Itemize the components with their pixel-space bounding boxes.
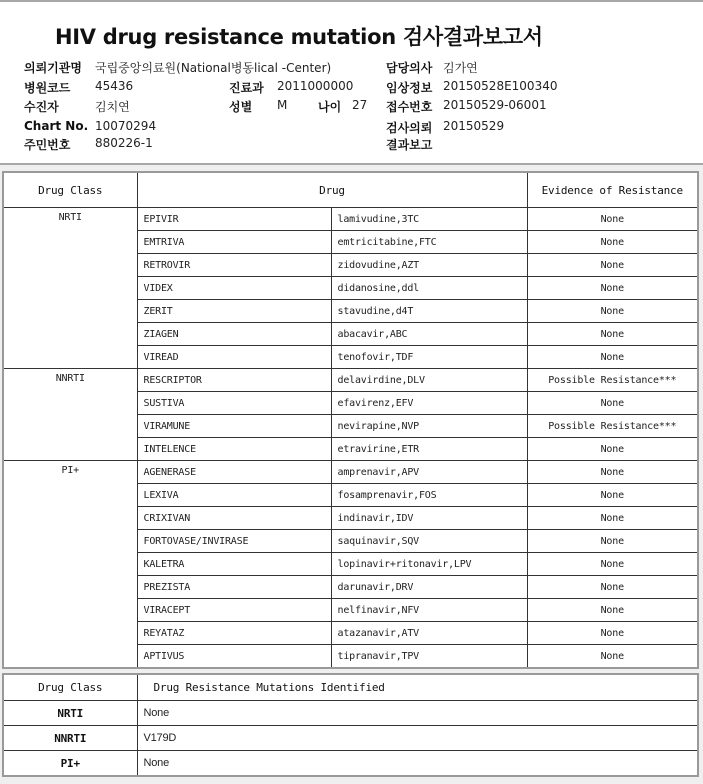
- chart-no-value: 10070294: [95, 119, 156, 133]
- generic-cell: nevirapine,NVP: [331, 415, 527, 438]
- evidence-cell: None: [527, 208, 698, 231]
- physician-value: 김가연: [443, 59, 478, 76]
- evidence-cell: None: [527, 622, 698, 645]
- receipt-no-label: 접수번호: [386, 98, 432, 115]
- department-label: 진료과: [229, 79, 264, 96]
- generic-cell: efavirenz,EFV: [331, 392, 527, 415]
- drug-class-cell: NRTI: [3, 208, 137, 369]
- generic-cell: indinavir,IDV: [331, 507, 527, 530]
- clinical-info-value: 20150528E100340: [443, 79, 557, 93]
- brand-cell: PREZISTA: [137, 576, 331, 599]
- generic-cell: etravirine,ETR: [331, 438, 527, 461]
- generic-cell: zidovudine,AZT: [331, 254, 527, 277]
- brand-cell: FORTOVASE/INVIRASE: [137, 530, 331, 553]
- evidence-cell: None: [527, 300, 698, 323]
- evidence-cell: Possible Resistance***: [527, 415, 698, 438]
- table-row: PI+ AGENERASE amprenavir,APV None: [3, 461, 698, 484]
- brand-cell: VIDEX: [137, 277, 331, 300]
- brand-cell: REYATAZ: [137, 622, 331, 645]
- evidence-cell: None: [527, 599, 698, 622]
- sex-value: M: [277, 98, 287, 112]
- table-row: NRTI EPIVIR lamivudine,3TC None: [3, 208, 698, 231]
- drug-class-cell: NNRTI: [3, 726, 137, 751]
- result-report-label: 결과보고: [386, 136, 432, 153]
- brand-cell: CRIXIVAN: [137, 507, 331, 530]
- generic-cell: tenofovir,TDF: [331, 346, 527, 369]
- age-value: 27: [352, 98, 367, 112]
- evidence-cell: None: [527, 461, 698, 484]
- department-value: 2011000000: [277, 79, 353, 93]
- generic-cell: amprenavir,APV: [331, 461, 527, 484]
- evidence-cell: None: [527, 484, 698, 507]
- brand-cell: VIRACEPT: [137, 599, 331, 622]
- header-drug: Drug: [137, 172, 527, 208]
- evidence-cell: None: [527, 254, 698, 277]
- mutation-table: Drug Class Drug Resistance Mutations Ide…: [2, 673, 699, 777]
- evidence-cell: None: [527, 576, 698, 599]
- drug-class-cell: NRTI: [3, 701, 137, 726]
- brand-cell: KALETRA: [137, 553, 331, 576]
- resident-no-label: 주민번호: [24, 136, 70, 153]
- generic-cell: emtricitabine,FTC: [331, 231, 527, 254]
- resistance-table: Drug Class Drug Evidence of Resistance N…: [2, 171, 699, 669]
- generic-cell: tipranavir,TPV: [331, 645, 527, 669]
- generic-cell: atazanavir,ATV: [331, 622, 527, 645]
- brand-cell: INTELENCE: [137, 438, 331, 461]
- brand-cell: VIRAMUNE: [137, 415, 331, 438]
- patient-name-label: 수진자: [24, 98, 59, 115]
- brand-cell: ZIAGEN: [137, 323, 331, 346]
- physician-label: 담당의사: [386, 59, 432, 76]
- evidence-cell: None: [527, 553, 698, 576]
- chart-no-label: Chart No.: [24, 119, 88, 133]
- generic-cell: nelfinavir,NFV: [331, 599, 527, 622]
- generic-cell: delavirdine,DLV: [331, 369, 527, 392]
- hospital-code-value: 45436: [95, 79, 133, 93]
- test-request-value: 20150529: [443, 119, 504, 133]
- receipt-no-value: 20150529-06001: [443, 98, 547, 112]
- institution-value: 국립중앙의료원(National병동lical -Center): [95, 59, 331, 76]
- brand-cell: ZERIT: [137, 300, 331, 323]
- mutations-cell: V179D: [137, 726, 698, 751]
- evidence-cell: None: [527, 438, 698, 461]
- brand-cell: AGENERASE: [137, 461, 331, 484]
- report-title: HIV drug resistance mutation 검사결과보고서: [55, 21, 543, 51]
- mutations-cell: None: [137, 751, 698, 777]
- evidence-cell: None: [527, 323, 698, 346]
- header-drug-class: Drug Class: [3, 674, 137, 701]
- evidence-cell: None: [527, 507, 698, 530]
- brand-cell: VIREAD: [137, 346, 331, 369]
- drug-class-cell: PI+: [3, 461, 137, 669]
- brand-cell: SUSTIVA: [137, 392, 331, 415]
- evidence-cell: None: [527, 645, 698, 669]
- header-mutations: Drug Resistance Mutations Identified: [137, 674, 698, 701]
- evidence-cell: None: [527, 277, 698, 300]
- generic-cell: lamivudine,3TC: [331, 208, 527, 231]
- evidence-cell: None: [527, 530, 698, 553]
- resistance-table-header: Drug Class Drug Evidence of Resistance: [3, 172, 698, 208]
- generic-cell: didanosine,ddl: [331, 277, 527, 300]
- brand-cell: LEXIVA: [137, 484, 331, 507]
- age-label: 나이: [318, 98, 341, 115]
- brand-cell: APTIVUS: [137, 645, 331, 669]
- drug-class-cell: NNRTI: [3, 369, 137, 461]
- drug-class-cell: PI+: [3, 751, 137, 777]
- institution-label: 의뢰기관명: [24, 59, 82, 76]
- evidence-cell: None: [527, 346, 698, 369]
- generic-cell: saquinavir,SQV: [331, 530, 527, 553]
- mutation-table-header: Drug Class Drug Resistance Mutations Ide…: [3, 674, 698, 701]
- test-request-label: 검사의뢰: [386, 119, 432, 136]
- generic-cell: abacavir,ABC: [331, 323, 527, 346]
- generic-cell: fosamprenavir,FOS: [331, 484, 527, 507]
- evidence-cell: None: [527, 231, 698, 254]
- brand-cell: EMTRIVA: [137, 231, 331, 254]
- mutations-cell: None: [137, 701, 698, 726]
- evidence-cell: None: [527, 392, 698, 415]
- header-drug-class: Drug Class: [3, 172, 137, 208]
- clinical-info-label: 임상정보: [386, 79, 432, 96]
- report-header: HIV drug resistance mutation 검사결과보고서 의뢰기…: [0, 2, 703, 165]
- brand-cell: RESCRIPTOR: [137, 369, 331, 392]
- hospital-code-label: 병원코드: [24, 79, 70, 96]
- generic-cell: darunavir,DRV: [331, 576, 527, 599]
- sex-label: 성별: [229, 98, 252, 115]
- brand-cell: EPIVIR: [137, 208, 331, 231]
- resident-no-value: 880226-1: [95, 136, 153, 150]
- generic-cell: lopinavir+ritonavir,LPV: [331, 553, 527, 576]
- evidence-cell: Possible Resistance***: [527, 369, 698, 392]
- table-row: NRTI None: [3, 701, 698, 726]
- header-evidence: Evidence of Resistance: [527, 172, 698, 208]
- table-row: NNRTI RESCRIPTOR delavirdine,DLV Possibl…: [3, 369, 698, 392]
- brand-cell: RETROVIR: [137, 254, 331, 277]
- generic-cell: stavudine,d4T: [331, 300, 527, 323]
- table-row: PI+ None: [3, 751, 698, 777]
- patient-name-value: 김치연: [95, 98, 130, 115]
- table-row: NNRTI V179D: [3, 726, 698, 751]
